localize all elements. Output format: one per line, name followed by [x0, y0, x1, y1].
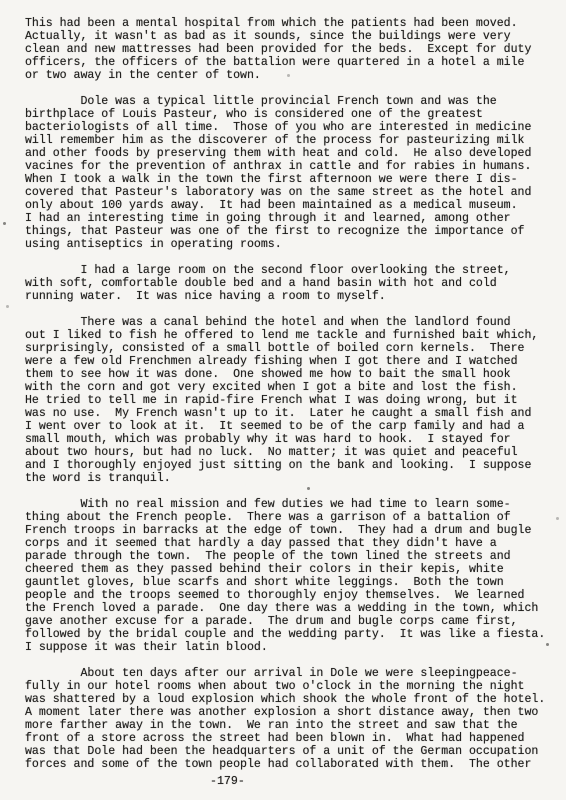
paragraph-hotel-room: I had a large room on the second floor o… — [25, 264, 566, 303]
paragraph-french-parade: With no real mission and few duties we h… — [25, 498, 566, 654]
scan-speck — [556, 517, 559, 520]
document-page: This had been a mental hospital from whi… — [0, 0, 566, 800]
page-number: -179- — [210, 775, 566, 788]
scan-speck — [546, 643, 549, 646]
paragraph-explosions: About ten days after our arrival in Dole… — [25, 667, 566, 771]
scan-speck — [6, 305, 9, 308]
scan-speck — [436, 167, 439, 170]
paragraph-hospital: This had been a mental hospital from whi… — [25, 17, 566, 82]
scan-speck — [287, 74, 290, 77]
scan-speck — [3, 222, 6, 225]
paragraph-canal-fishing: There was a canal behind the hotel and w… — [25, 316, 566, 485]
scan-speck — [307, 487, 310, 490]
paragraph-dole-pasteur: Dole was a typical little provincial Fre… — [25, 95, 566, 251]
